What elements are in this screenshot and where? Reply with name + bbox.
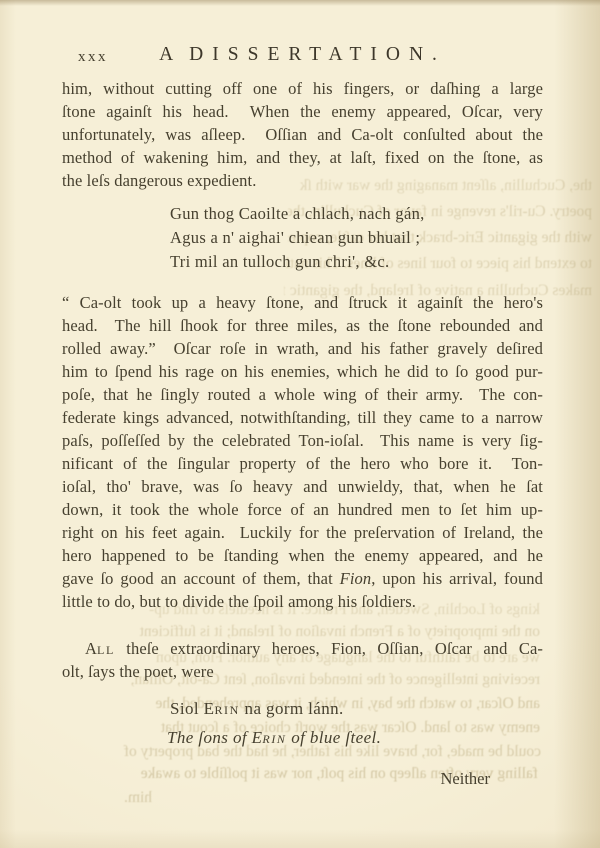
book-page-scan: the, Cuchullin, aſſent managing the war …	[0, 0, 600, 848]
paragraph-translation-narrative: “ Ca-olt took up a heavy ſtone, and ſtru…	[62, 291, 543, 613]
text-line: poſe, that he ſingly routed a whole wing…	[62, 383, 543, 406]
running-head: ADISSERTATION.	[62, 44, 543, 66]
text-line: method of wakening him, and they, at laſ…	[62, 146, 543, 169]
text-line: paſs, poſſeſſed by the celebrated Ton-io…	[62, 429, 543, 452]
verse-english-line: The ſons of Erin of blue ſteel.	[167, 728, 381, 748]
text-line: ioſal, tho' brave, was ſo heavy and unwi…	[62, 475, 543, 498]
text-line: rolled away.” Oſcar roſe in wrath, and h…	[62, 337, 543, 360]
text-line: hero happened to be ſtanding when the en…	[62, 544, 543, 567]
text-line: unfortunately, was aſleep. Oſſian and Ca…	[62, 123, 543, 146]
text-line: federate kings advanced, notwithſtanding…	[62, 406, 543, 429]
text-line: him to ſpend his rage on his enemies, wh…	[62, 360, 543, 383]
text-line: ſtone againſt his head. When the enemy a…	[62, 100, 543, 123]
text-line: little to do, but to divide the ſpoil am…	[62, 590, 543, 613]
gaelic-verse: Gun thog Caoilte a chlach, nach gán,Agus…	[170, 202, 510, 274]
text-line: gave ſo good an account of them, that Fi…	[62, 567, 543, 590]
paragraph-continuation: him, without cutting off one of his fing…	[62, 77, 543, 192]
bleedthrough-line: him.	[62, 788, 152, 808]
running-head-article: A	[159, 44, 173, 65]
text-line: the leſs dangerous expedient.	[62, 169, 543, 192]
text-line: head. The hill ſhook for three miles, as…	[62, 314, 543, 337]
text-line: “ Ca-olt took up a heavy ſtone, and ſtru…	[62, 291, 543, 314]
catchword: Neither	[62, 769, 490, 789]
paragraph-heroes: All theſe extraordinary heroes, Fion, Oſ…	[62, 637, 543, 683]
running-head-title: DISSERTATION.	[189, 44, 446, 65]
text-line: olt, ſays the poet, were	[62, 660, 543, 683]
text-line: nificant of the ſingular property of the…	[62, 452, 543, 475]
text-line: down, it took the whole force of an hund…	[62, 498, 543, 521]
text-line: Agus a n' aighai' chiean gun bhuail ;	[170, 226, 510, 250]
text-line: him, without cutting off one of his fing…	[62, 77, 543, 100]
text-line: Tri mil an tulloch gun chri', &c.	[170, 250, 510, 274]
text-line: right on his feet again. Luckily for the…	[62, 521, 543, 544]
text-line: All theſe extraordinary heroes, Fion, Oſ…	[62, 637, 543, 660]
text-line: Gun thog Caoilte a chlach, nach gán,	[170, 202, 510, 226]
verse-gaelic-line: Siol Erin na gorm lánn.	[170, 699, 344, 719]
